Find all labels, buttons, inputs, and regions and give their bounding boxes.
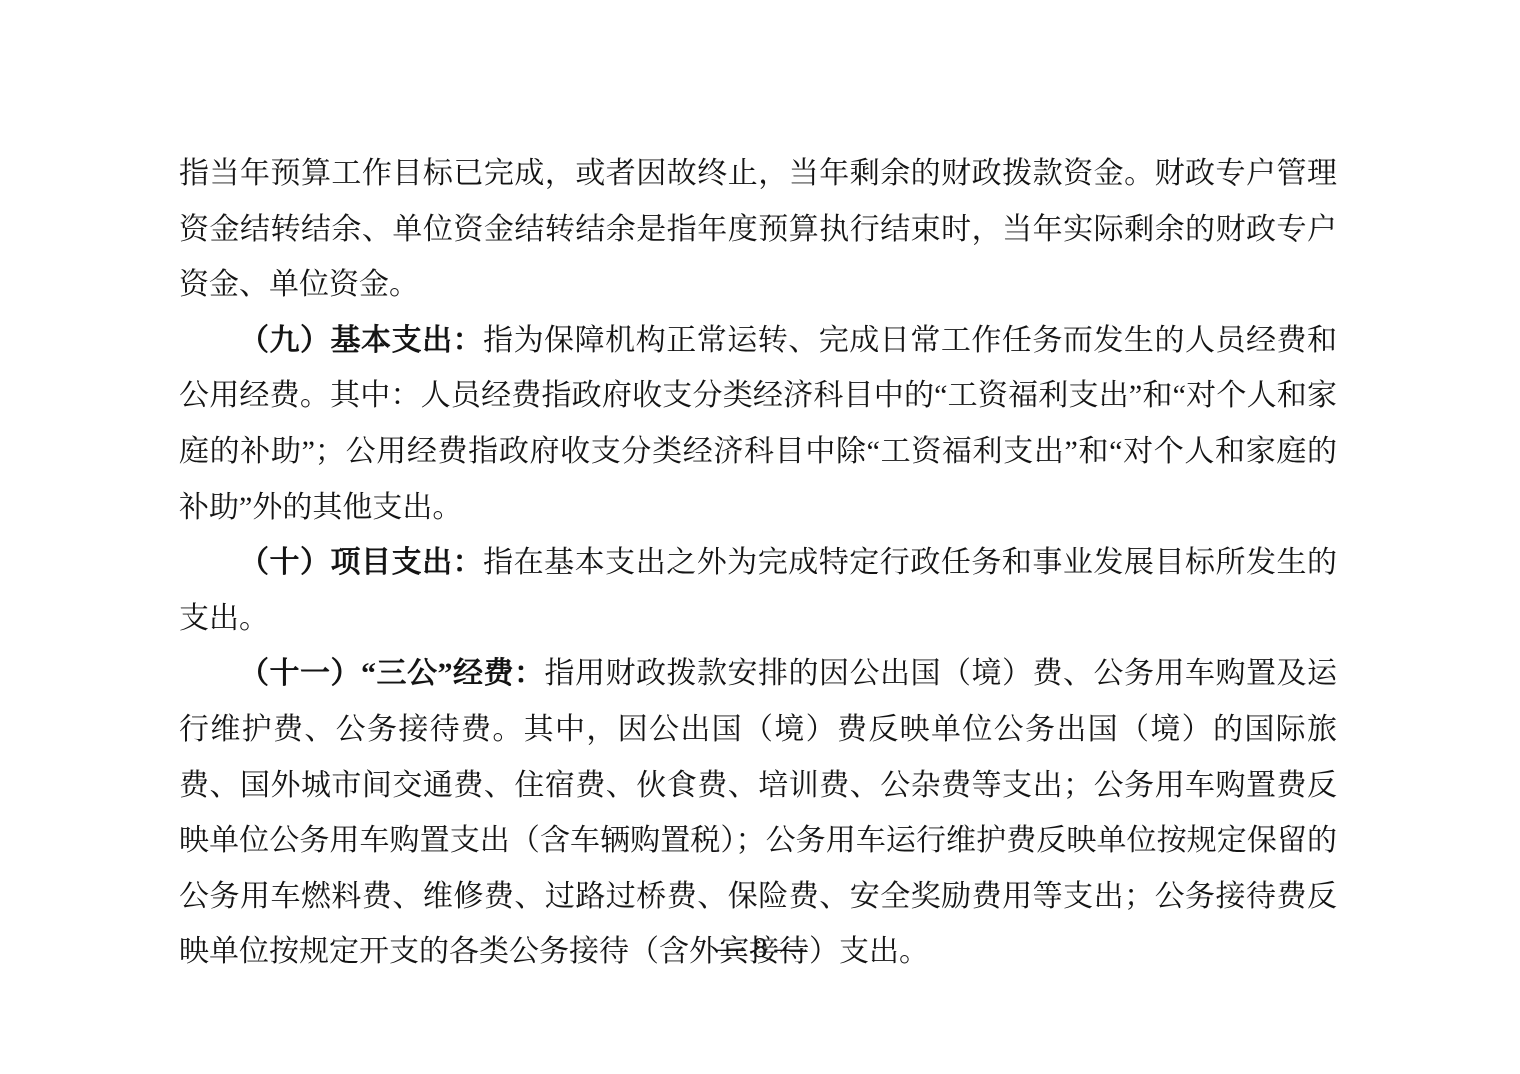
paragraph-item-nine: （九）基本支出：指为保障机构正常运转、完成日常工作任务而发生的人员经费和公用经费…: [179, 313, 1337, 535]
body-text-block: 指当年预算工作目标已完成，或者因故终止，当年剩余的财政拨款资金。财政专户管理资金…: [179, 146, 1337, 980]
paragraph-body: 指用财政拨款安排的因公出国（境）费、公务用车购置及运行维护费、公务接待费。其中，…: [179, 657, 1337, 968]
paragraph-lead: （十一）“三公”经费：: [239, 657, 545, 690]
paragraph-lead: （十）项目支出：: [239, 546, 483, 579]
paragraph-item-ten: （十）项目支出：指在基本支出之外为完成特定行政任务和事业发展目标所发生的支出。: [179, 535, 1337, 646]
paragraph-carryover: 指当年预算工作目标已完成，或者因故终止，当年剩余的财政拨款资金。财政专户管理资金…: [179, 146, 1337, 313]
paragraph-lead: （九）基本支出：: [239, 324, 483, 357]
document-page: 指当年预算工作目标已完成，或者因故终止，当年剩余的财政拨款资金。财政专户管理资金…: [0, 0, 1520, 1074]
page-number: — 8 —: [0, 930, 1520, 966]
paragraph-body: 指当年预算工作目标已完成，或者因故终止，当年剩余的财政拨款资金。财政专户管理资金…: [179, 157, 1337, 301]
